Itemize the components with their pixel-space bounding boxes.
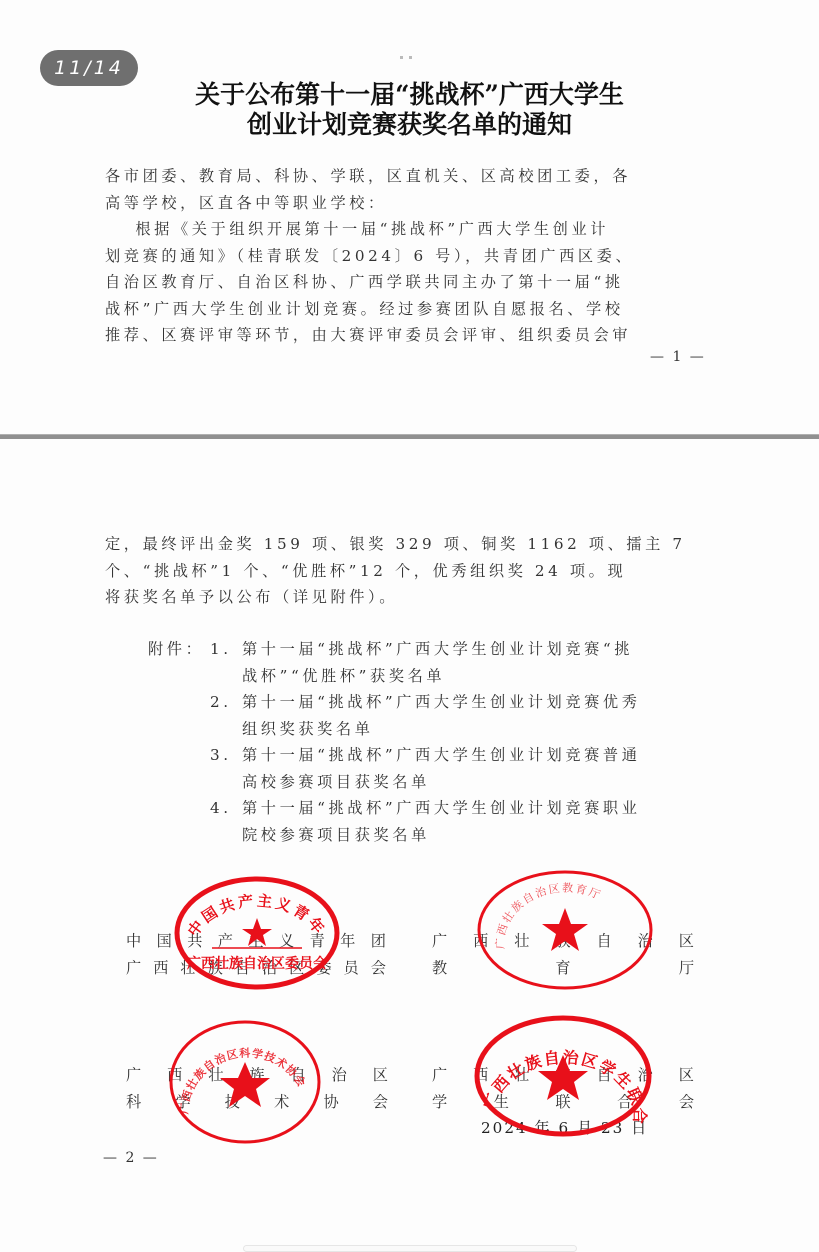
attachment-title: 第十一届“挑战杯”广西大学生创业计划竞赛职业 — [242, 795, 720, 822]
body-continued: 定，最终评出金奖 159 项、银奖 329 项、铜奖 1162 项、擂主 7 个… — [105, 531, 720, 611]
page-divider — [0, 434, 819, 439]
signatory-char: 自 — [235, 957, 250, 978]
body-line: 战杯”广西大学生创业计划竞赛。经过参赛团队自愿报名、学校 — [105, 296, 720, 323]
signatory-char: 族 — [249, 1064, 264, 1085]
signatory-char: 共 — [187, 930, 202, 951]
attachments-label: 附件： — [148, 638, 204, 659]
signatory-char: 广 — [126, 957, 141, 978]
signatory-char: 区 — [679, 930, 694, 951]
signatory-char: 员 — [344, 957, 359, 978]
signatory-char: 中 — [126, 930, 141, 951]
attachment-title-cont: 高校参赛项目获奖名单 — [242, 769, 720, 796]
signatory-char: 协 — [323, 1091, 338, 1112]
signatory-2-line2: 教育厅 — [432, 957, 694, 978]
signatory-char: 族 — [555, 1064, 570, 1085]
signatory-char: 义 — [279, 930, 294, 951]
signatory-3-line1: 广西壮族自治区 — [126, 1064, 388, 1085]
attachment-title-cont: 院校参赛项目获奖名单 — [242, 822, 720, 849]
attachment-title: 第十一届“挑战杯”广西大学生创业计划竞赛普通 — [242, 742, 720, 769]
signatory-char: 区 — [289, 957, 304, 978]
attachment-title: 第十一届“挑战杯”广西大学生创业计划竞赛“挑 — [242, 636, 720, 663]
attachment-item-1: 1. 第十一届“挑战杯”广西大学生创业计划竞赛“挑 战杯”“优胜杯”获奖名单 — [210, 636, 720, 689]
signatory-1-line1: 中国共产主义青年团 — [126, 930, 386, 951]
signatory-4-line2: 学生联合会 — [432, 1091, 694, 1112]
signatory-char: 年 — [340, 930, 355, 951]
signatory-char: 治 — [638, 930, 653, 951]
body-line: 推荐、区赛评审等环节，由大赛评审委员会评审、组织委员会审 — [105, 322, 720, 349]
signatory-char: 广 — [126, 1064, 141, 1085]
attachment-item-4: 4. 第十一届“挑战杯”广西大学生创业计划竞赛职业 院校参赛项目获奖名单 — [210, 795, 720, 848]
attachment-number: 4. — [210, 795, 232, 822]
body-line: 将获奖名单予以公布（详见附件）。 — [105, 584, 720, 611]
signatory-char: 会 — [371, 957, 386, 978]
signatory-char: 区 — [373, 1064, 388, 1085]
attachment-title: 第十一届“挑战杯”广西大学生创业计划竞赛优秀 — [242, 689, 720, 716]
body-line: 定，最终评出金奖 159 项、银奖 329 项、铜奖 1162 项、擂主 7 — [105, 531, 720, 558]
document-title-line1: 关于公布第十一届“挑战杯”广西大学生 — [0, 80, 819, 110]
attachment-number: 3. — [210, 742, 232, 769]
body-line: 根据《关于组织开展第十一届“挑战杯”广西大学生创业计 — [105, 216, 720, 243]
signatory-char: 自 — [597, 930, 612, 951]
signatory-char: 学 — [432, 1091, 447, 1112]
signatory-char: 壮 — [514, 930, 529, 951]
signatory-char: 国 — [157, 930, 172, 951]
signatory-char: 合 — [617, 1091, 632, 1112]
signatory-char: 区 — [679, 1064, 694, 1085]
attachment-title-cont: 组织奖获奖名单 — [242, 716, 720, 743]
signatory-char: 委 — [316, 957, 331, 978]
attachment-number: 2. — [210, 689, 232, 716]
signatory-char: 会 — [373, 1091, 388, 1112]
attachment-title-cont: 战杯”“优胜杯”获奖名单 — [242, 663, 720, 690]
signatory-char: 技 — [225, 1091, 240, 1112]
signatory-char: 生 — [494, 1091, 509, 1112]
signatory-char: 会 — [679, 1091, 694, 1112]
signatory-char: 西 — [167, 1064, 182, 1085]
signatory-char: 厅 — [679, 957, 694, 978]
body-line: 划竞赛的通知》（桂青联发〔2024〕6 号），共青团广西区委、 — [105, 243, 720, 270]
signatory-4-line1: 广西壮族自治区 — [432, 1064, 694, 1085]
page-number-1: — 1 — — [650, 349, 706, 365]
attachment-number: 1. — [210, 636, 232, 663]
signatory-char: 科 — [126, 1091, 141, 1112]
signatory-char: 教 — [432, 957, 447, 978]
signatory-char: 育 — [555, 957, 570, 978]
page-top-marks — [400, 44, 422, 50]
signatory-char: 西 — [473, 930, 488, 951]
signatory-char: 产 — [218, 930, 233, 951]
page-number-2: — 2 — — [103, 1150, 159, 1166]
signatory-char: 西 — [153, 957, 168, 978]
signatory-char: 主 — [248, 930, 263, 951]
signatory-char: 族 — [555, 930, 570, 951]
signatory-char: 壮 — [208, 1064, 223, 1085]
document-title-line2: 创业计划竞赛获奖名单的通知 — [0, 110, 819, 140]
signatory-char: 青 — [310, 930, 325, 951]
signatory-char: 族 — [208, 957, 223, 978]
signatory-char: 术 — [274, 1091, 289, 1112]
signatory-2-line1: 广西壮族自治区 — [432, 930, 694, 951]
home-indicator-bar[interactable] — [243, 1245, 577, 1252]
signatory-char: 学 — [175, 1091, 190, 1112]
attachment-item-2: 2. 第十一届“挑战杯”广西大学生创业计划竞赛优秀 组织奖获奖名单 — [210, 689, 720, 742]
signatory-char: 自 — [291, 1064, 306, 1085]
salutation: 各市团委、教育局、科协、学联，区直机关、区高校团工委，各 高等学校，区直各中等职… — [105, 163, 720, 349]
signatory-1-line2: 广西壮族自治区委员会 — [126, 957, 386, 978]
signatory-char: 壮 — [514, 1064, 529, 1085]
body-line: 个、“挑战杯”1 个、“优胜杯”12 个，优秀组织奖 24 项。现 — [105, 558, 720, 585]
signatory-char: 团 — [371, 930, 386, 951]
signatory-char: 广 — [432, 1064, 447, 1085]
body-line: 自治区教育厅、自治区科协、广西学联共同主办了第十一届“挑 — [105, 269, 720, 296]
issue-date: 2024 年 6 月 23 日 — [481, 1117, 648, 1138]
signatory-char: 治 — [332, 1064, 347, 1085]
attachment-item-3: 3. 第十一届“挑战杯”广西大学生创业计划竞赛普通 高校参赛项目获奖名单 — [210, 742, 720, 795]
salutation-line: 高等学校，区直各中等职业学校： — [105, 190, 720, 217]
signatory-char: 联 — [555, 1091, 570, 1112]
salutation-line: 各市团委、教育局、科协、学联，区直机关、区高校团工委，各 — [105, 163, 720, 190]
signatory-char: 治 — [262, 957, 277, 978]
signatory-char: 治 — [638, 1064, 653, 1085]
signatory-3-line2: 科学技术协会 — [126, 1091, 388, 1112]
signatory-char: 壮 — [180, 957, 195, 978]
signatory-char: 自 — [597, 1064, 612, 1085]
signatory-char: 西 — [473, 1064, 488, 1085]
signatory-char: 广 — [432, 930, 447, 951]
